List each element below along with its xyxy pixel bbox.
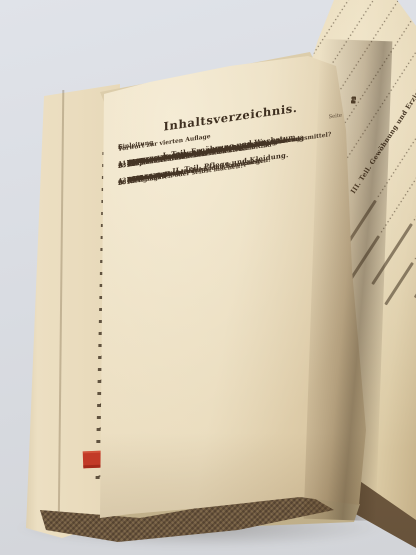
red-stamp (83, 451, 103, 469)
book-photo: III. Teil. Gewöhnung und Erziehung 61626… (0, 0, 416, 555)
